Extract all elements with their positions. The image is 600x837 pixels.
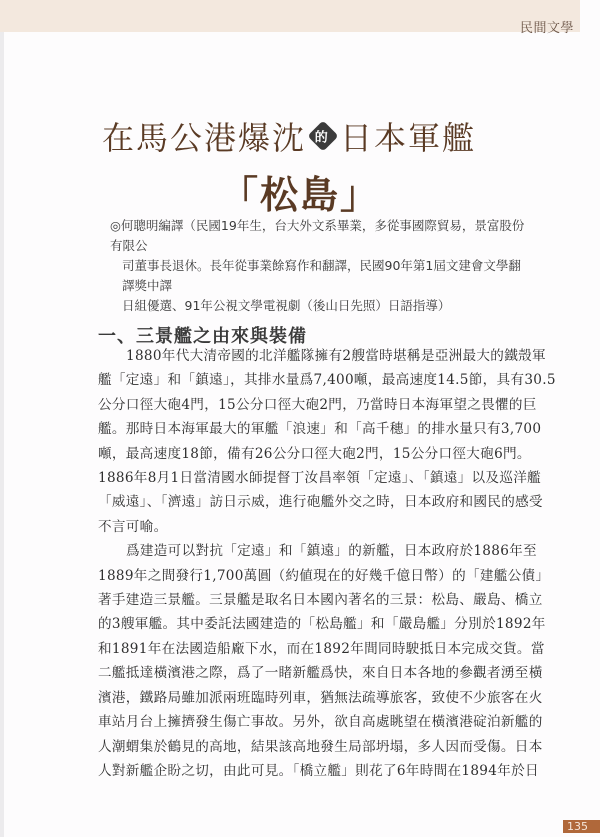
text-line: 艦。那時日本海軍最大的軍艦「浪速」和「高千穗」的排水量只有3,700 (98, 417, 514, 441)
article-title-line2: 「松島」 (0, 164, 600, 219)
text-line: 二艦抵達橫濱港之際，爲了一睹新艦爲快，來自日本各地的參觀者湧至橫 (98, 661, 514, 685)
text-line: 著手建造三景艦。三景艦是取名日本國內著名的三景：松島、嚴島、橋立 (98, 588, 514, 612)
paragraph-2: 爲建造可以對抗「定遠」和「鎮遠」的新艦，日本政府於1886年至 1889年之間發… (98, 539, 514, 783)
byline-line: ◎何聰明編譯（民國19年生，台大外文系畢業，多從事國際貿易，景富股份有限公 (110, 216, 530, 256)
text-line: 1889年之間發行1,700萬圓（約値現在的好幾千億日幣）的「建艦公債」 (98, 564, 514, 588)
header-band (0, 0, 580, 32)
author-byline: ◎何聰明編譯（民國19年生，台大外文系畢業，多從事國際貿易，景富股份有限公 司董… (110, 216, 530, 316)
text-line: 艦「定遠」和「鎮遠」，其排水量爲7,400噸，最高速度14.5節，具有30.5 (98, 368, 514, 392)
paragraph-1: 1880年代大清帝國的北洋艦隊擁有2艘當時堪稱是亞洲最大的鐵殼軍 艦「定遠」和「… (98, 344, 514, 539)
text-line: 車站月台上擁擠發生傷亡事故。另外，欲自高處眺望在橫濱港碇泊新艦的 (98, 710, 514, 734)
byline-line: 日組優選、91年公視文學電視劇（後山日先照）日語指導） (110, 296, 530, 316)
title-part-before: 在馬公港爆沈 (102, 113, 306, 159)
text-line: 1886年8月1日當清國水師提督丁汝昌率領「定遠」、「鎮遠」以及巡洋艦 (98, 466, 514, 490)
text-line: 噸，最高速度18節，備有26公分口徑大砲2門，15公分口徑大砲6門。 (98, 442, 514, 466)
text-line: 不言可喻。 (98, 515, 514, 539)
section-tag: 民間文學 (520, 17, 574, 36)
text-line: 和1891年在法國造船廠下水，而在1892年間同時駛抵日本完成交貨。當 (98, 637, 514, 661)
page-number: 135 (563, 820, 600, 833)
article-title-line1: 在馬公港爆沈 的 日本軍艦 (102, 113, 522, 159)
article-body: 1880年代大清帝國的北洋艦隊擁有2艘當時堪稱是亞洲最大的鐵殼軍 艦「定遠」和「… (98, 344, 514, 783)
text-line: 人對新艦企盼之切，由此可見。「橋立艦」則花了6年時間在1894年於日 (98, 759, 514, 783)
text-line: 1880年代大清帝國的北洋艦隊擁有2艘當時堪稱是亞洲最大的鐵殼軍 (98, 344, 514, 368)
title-connector-badge: 的 (307, 120, 338, 151)
title-connector: 的 (316, 126, 331, 145)
text-line: 公分口徑大砲4門，15公分口徑大砲2門，乃當時日本海軍望之畏懼的巨 (98, 393, 514, 417)
text-line: 「威遠」、「濟遠」訪日示威，進行砲艦外交之時，日本政府和國民的感受 (98, 490, 514, 514)
text-line: 濱港，鐵路局雖加派兩班臨時列車，猶無法疏導旅客，致使不少旅客在火 (98, 686, 514, 710)
byline-line: 司董事長退休。長年從事業餘寫作和翻譯，民國90年第1屆文建會文學翻譯獎中譯 (110, 256, 530, 296)
text-line: 人潮蝟集於鶴見的高地，結果該高地發生局部坍塌，多人因而受傷。日本 (98, 735, 514, 759)
page-binding-edge (0, 0, 4, 837)
text-line: 爲建造可以對抗「定遠」和「鎮遠」的新艦，日本政府於1886年至 (98, 539, 514, 563)
title-part-after: 日本軍艦 (340, 113, 476, 159)
text-line: 的3艘軍艦。其中委託法國建造的「松島艦」和「嚴島艦」分別於1892年 (98, 612, 514, 636)
